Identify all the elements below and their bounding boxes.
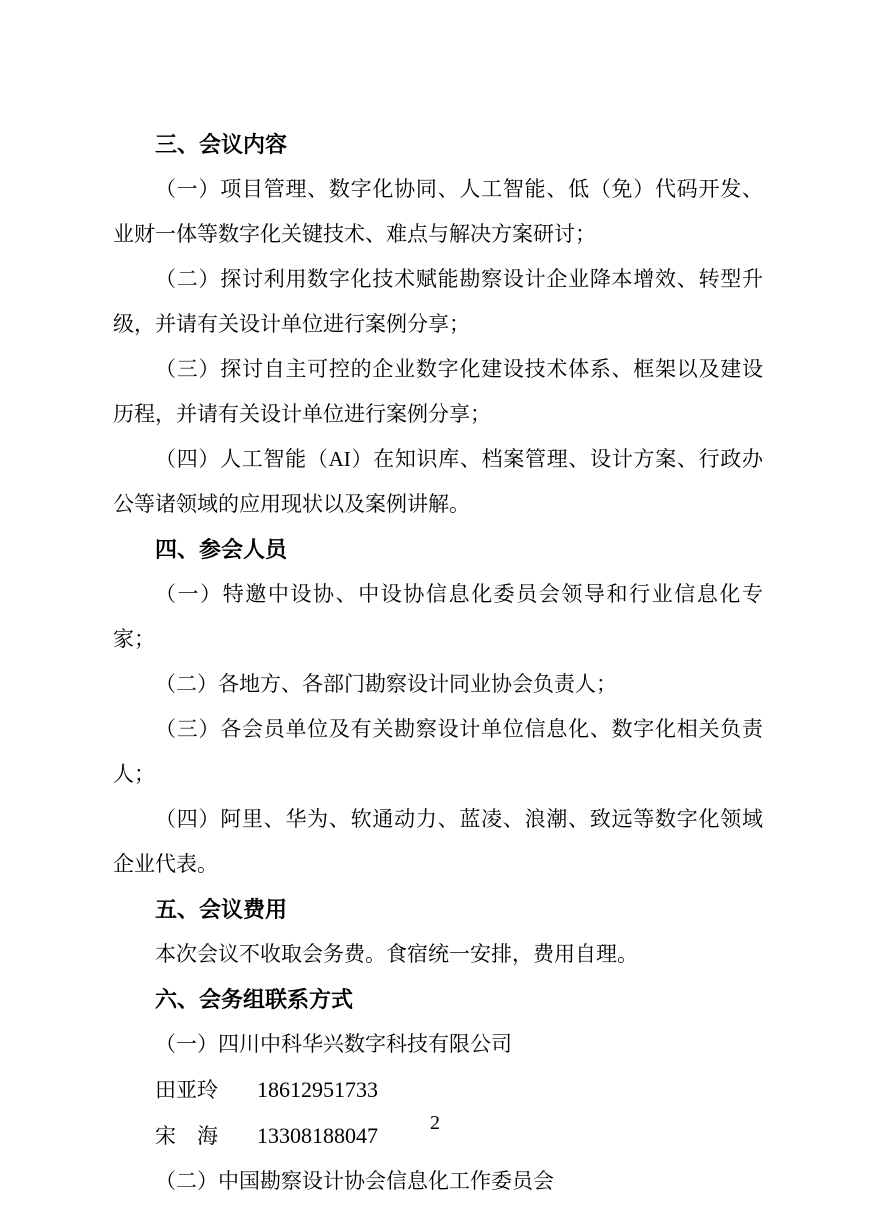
meeting-content-item-4: （四）人工智能（AI）在知识库、档案管理、设计方案、行政办公等诸领域的应用现状以… — [113, 437, 763, 527]
section-heading-participants: 四、参会人员 — [113, 527, 763, 572]
page-footer: 2 — [0, 1103, 870, 1143]
section-heading-contact-info: 六、会务组联系方式 — [113, 977, 763, 1022]
meeting-content-item-2: （二）探讨利用数字化技术赋能勘察设计企业降本增效、转型升级，并请有关设计单位进行… — [113, 257, 763, 347]
document-page: 三、会议内容 （一）项目管理、数字化协同、人工智能、低（免）代码开发、业财一体等… — [0, 0, 870, 1232]
participants-item-2: （二）各地方、各部门勘察设计同业协会负责人； — [113, 662, 763, 707]
participants-item-3: （三）各会员单位及有关勘察设计单位信息化、数字化相关负责人； — [113, 707, 763, 797]
meeting-content-item-3: （三）探讨自主可控的企业数字化建设技术体系、框架以及建设历程，并请有关设计单位进… — [113, 347, 763, 437]
participants-item-4: （四）阿里、华为、软通动力、蓝凌、浪潮、致远等数字化领域企业代表。 — [113, 797, 763, 887]
section-heading-fees: 五、会议费用 — [113, 887, 763, 932]
contact-org-2: （二）中国勘察设计协会信息化工作委员会 — [113, 1159, 763, 1204]
page-number: 2 — [430, 1112, 440, 1134]
section-heading-meeting-content: 三、会议内容 — [113, 122, 763, 167]
fees-paragraph: 本次会议不收取会务费。食宿统一安排，费用自理。 — [113, 932, 763, 977]
document-body: 三、会议内容 （一）项目管理、数字化协同、人工智能、低（免）代码开发、业财一体等… — [113, 122, 763, 1204]
meeting-content-item-1: （一）项目管理、数字化协同、人工智能、低（免）代码开发、业财一体等数字化关键技术… — [113, 167, 763, 257]
contact-phone: 18612951733 — [257, 1077, 378, 1102]
contact-org-1: （一）四川中科华兴数字科技有限公司 — [113, 1022, 763, 1067]
participants-item-1: （一）特邀中设协、中设协信息化委员会领导和行业信息化专家； — [113, 572, 763, 662]
